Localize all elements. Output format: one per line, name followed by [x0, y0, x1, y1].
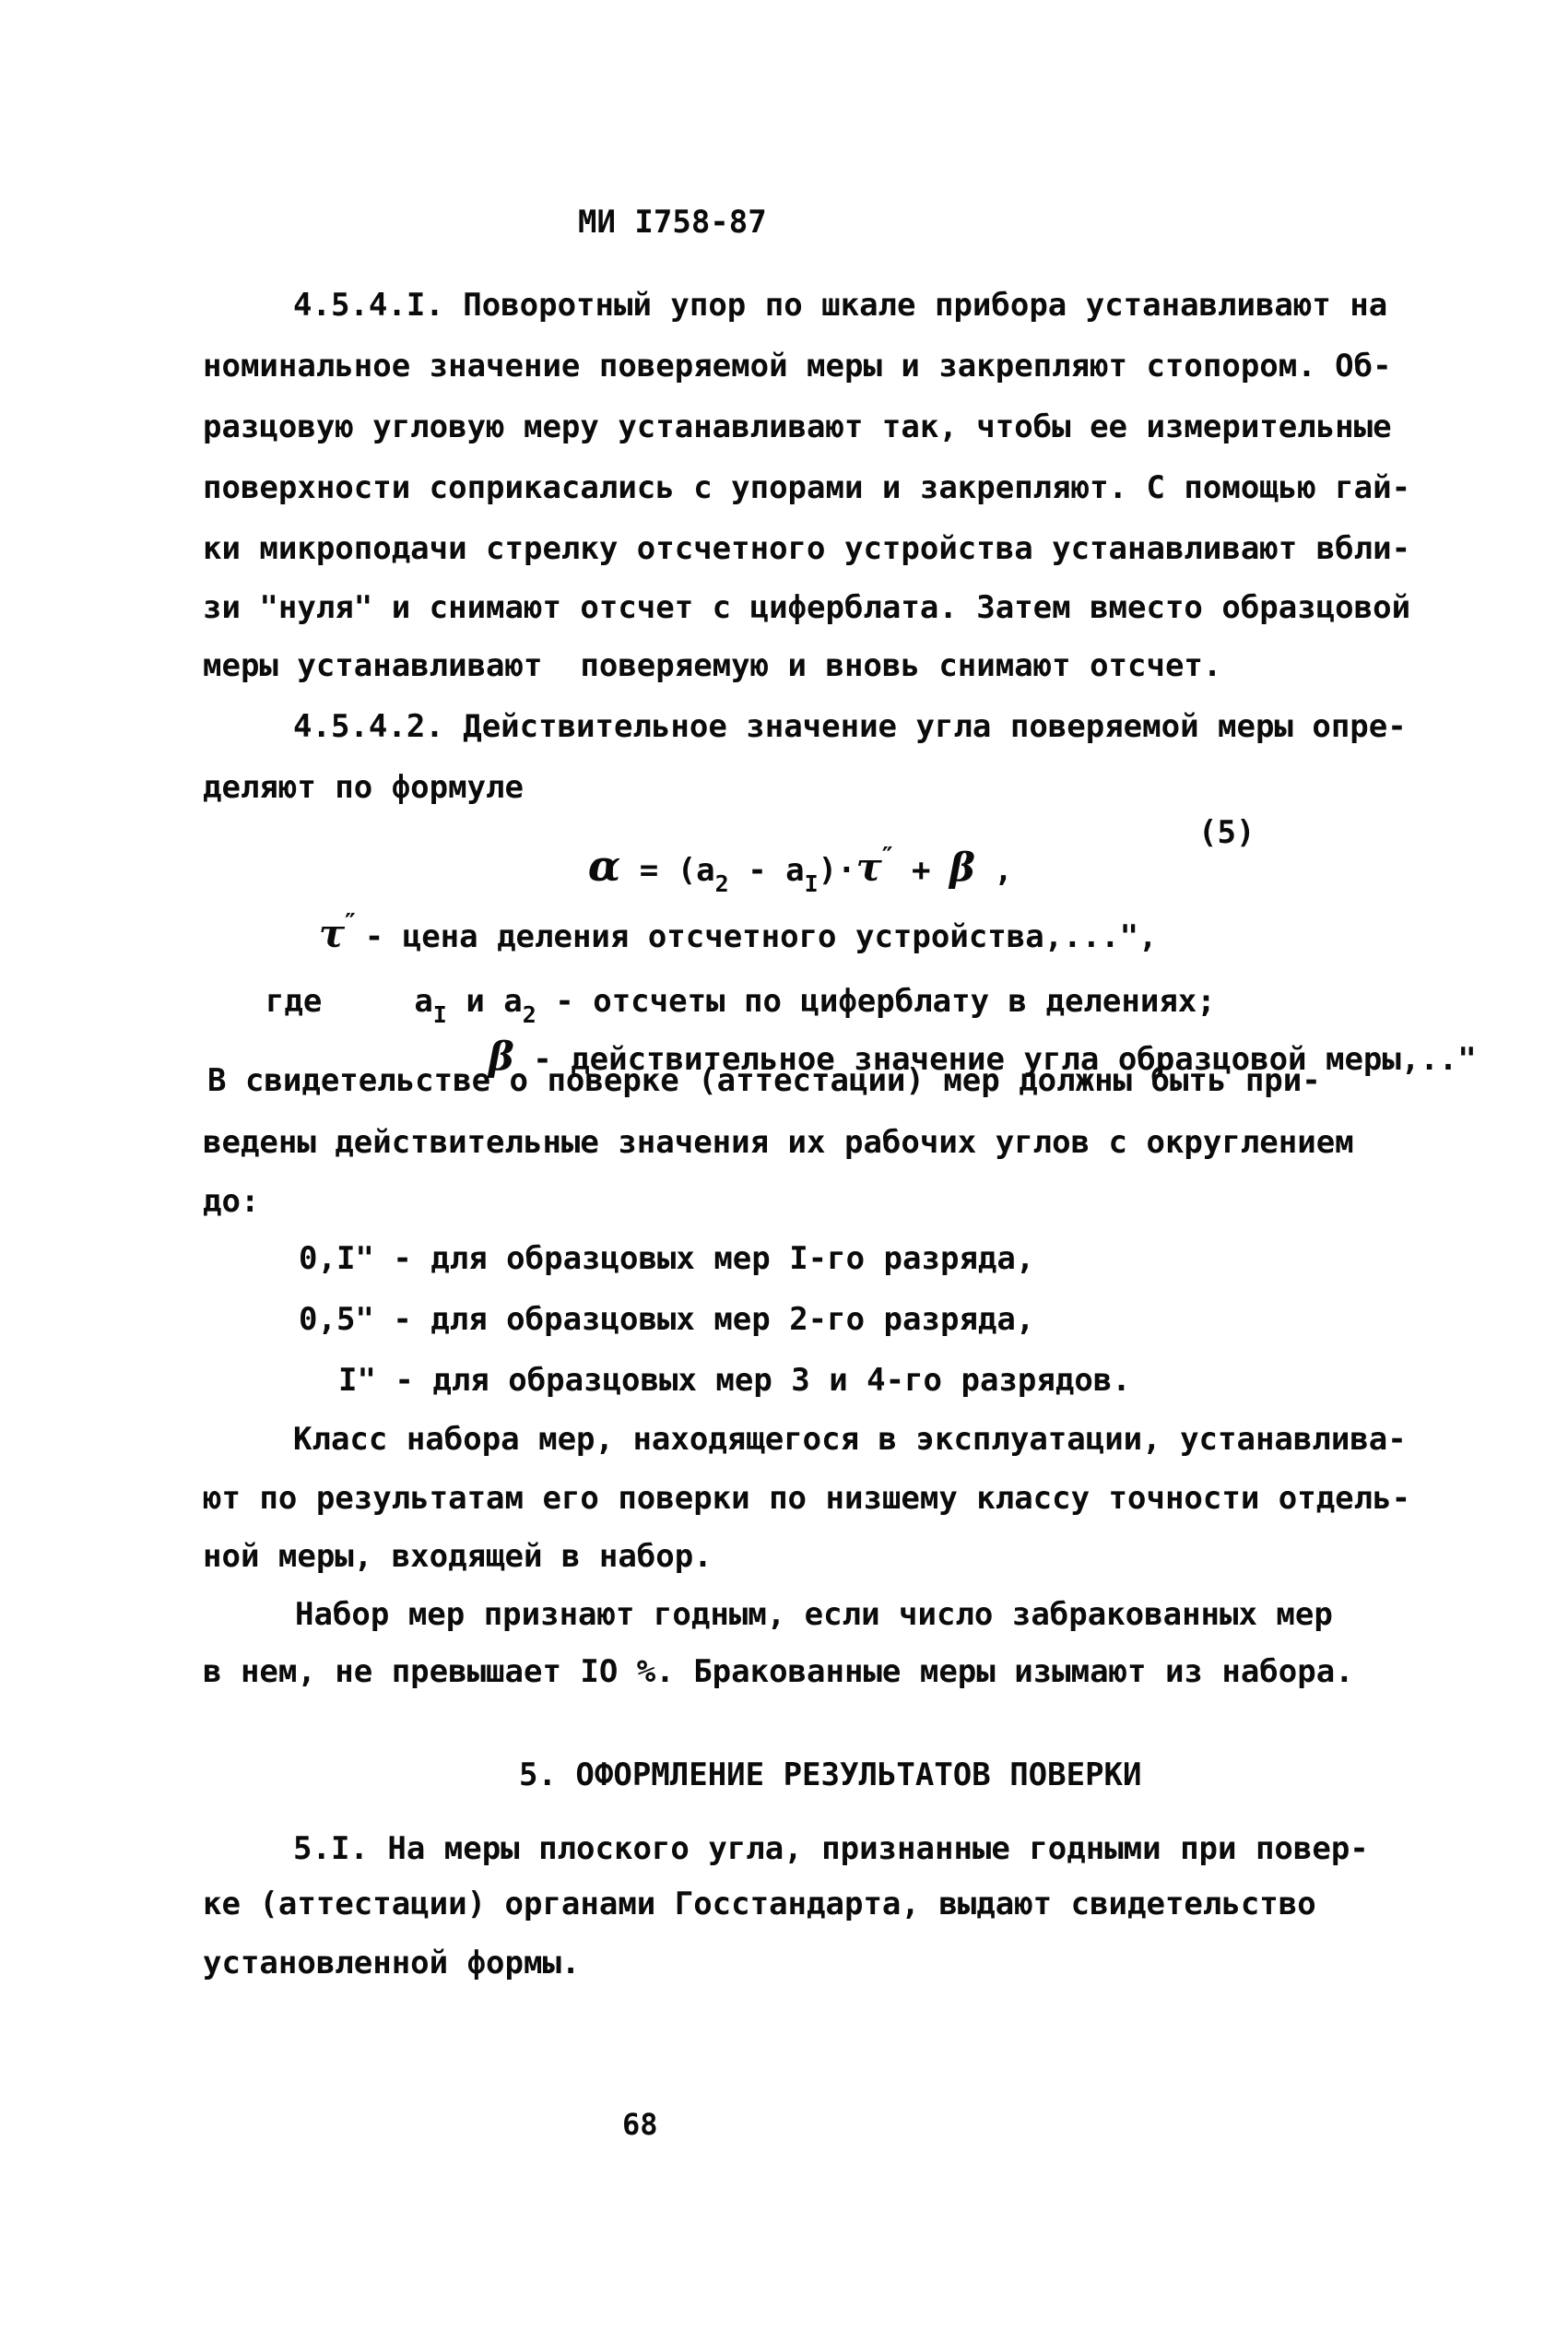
para-set-line-1: Набор мер признают годным, если число за…	[295, 1597, 1333, 1633]
para-51-line-1: 5.I. На меры плоского угла, признанные г…	[293, 1831, 1369, 1867]
para-class-line-2: ют по результатам его поверки по низшему…	[203, 1481, 1410, 1517]
gde-word: где	[265, 983, 322, 1020]
para-4542-line-2: деляют по формуле	[203, 770, 524, 806]
rounding-item-2: 0,5" - для образцовых мер 2-го разряда,	[299, 1302, 1034, 1338]
scanned-document-page: МИ I758-87 4.5.4.I. Поворотный упор по ш…	[0, 0, 1568, 2330]
para-4541-line-5: ки микроподачи стрелку отсчетного устрой…	[203, 531, 1410, 567]
page-number: 68	[622, 2108, 658, 2142]
para-4541-line-7: меры устанавливают поверяемую и вновь сн…	[203, 648, 1221, 684]
rounding-item-3: I" - для образцовых мер 3 и 4-го разрядо…	[338, 1363, 1131, 1399]
tau-double-prime: ″	[345, 909, 356, 937]
para-51-line-3: установленной формы.	[203, 1946, 580, 1981]
para-4541-line-6: зи "нуля" и снимают отсчет с циферблата.…	[203, 590, 1410, 626]
para-class-line-3: ной меры, входящей в набор.	[203, 1539, 713, 1575]
formula-number: (5)	[1198, 815, 1255, 851]
para-4542-line-1: 4.5.4.2. Действительное значение угла по…	[293, 709, 1407, 745]
para-set-line-2: в нем, не превышает IO %. Бракованные ме…	[203, 1654, 1354, 1690]
para-certificate-line-2: ведены действительные значения их рабочи…	[203, 1125, 1354, 1161]
tau-double-prime: ″	[882, 843, 893, 870]
para-certificate-line-3: до:	[203, 1184, 259, 1220]
para-class-line-1: Класс набора мер, находящегося в эксплуа…	[293, 1422, 1407, 1458]
section-5-heading: 5. ОФОРМЛЕНИЕ РЕЗУЛЬТАТОВ ПОВЕРКИ	[519, 1757, 1142, 1793]
para-4541-line-4: поверхности соприкасались с упорами и за…	[203, 470, 1410, 506]
doc-number-header: МИ I758-87	[578, 205, 767, 241]
para-4541-line-1: 4.5.4.I. Поворотный упор по шкале прибор…	[293, 288, 1387, 324]
rounding-item-1: 0,I" - для образцовых мер I-го разряда,	[299, 1241, 1034, 1277]
para-4541-line-3: разцовую угловую меру устанавливают так,…	[203, 409, 1392, 445]
para-51-line-2: ке (аттестации) органами Госстандарта, в…	[203, 1886, 1316, 1922]
para-certificate-line-1: В свидетельстве о поверке (аттестации) м…	[207, 1063, 1321, 1099]
para-4541-line-2: номинальное значение поверяемой меры и з…	[203, 349, 1392, 384]
